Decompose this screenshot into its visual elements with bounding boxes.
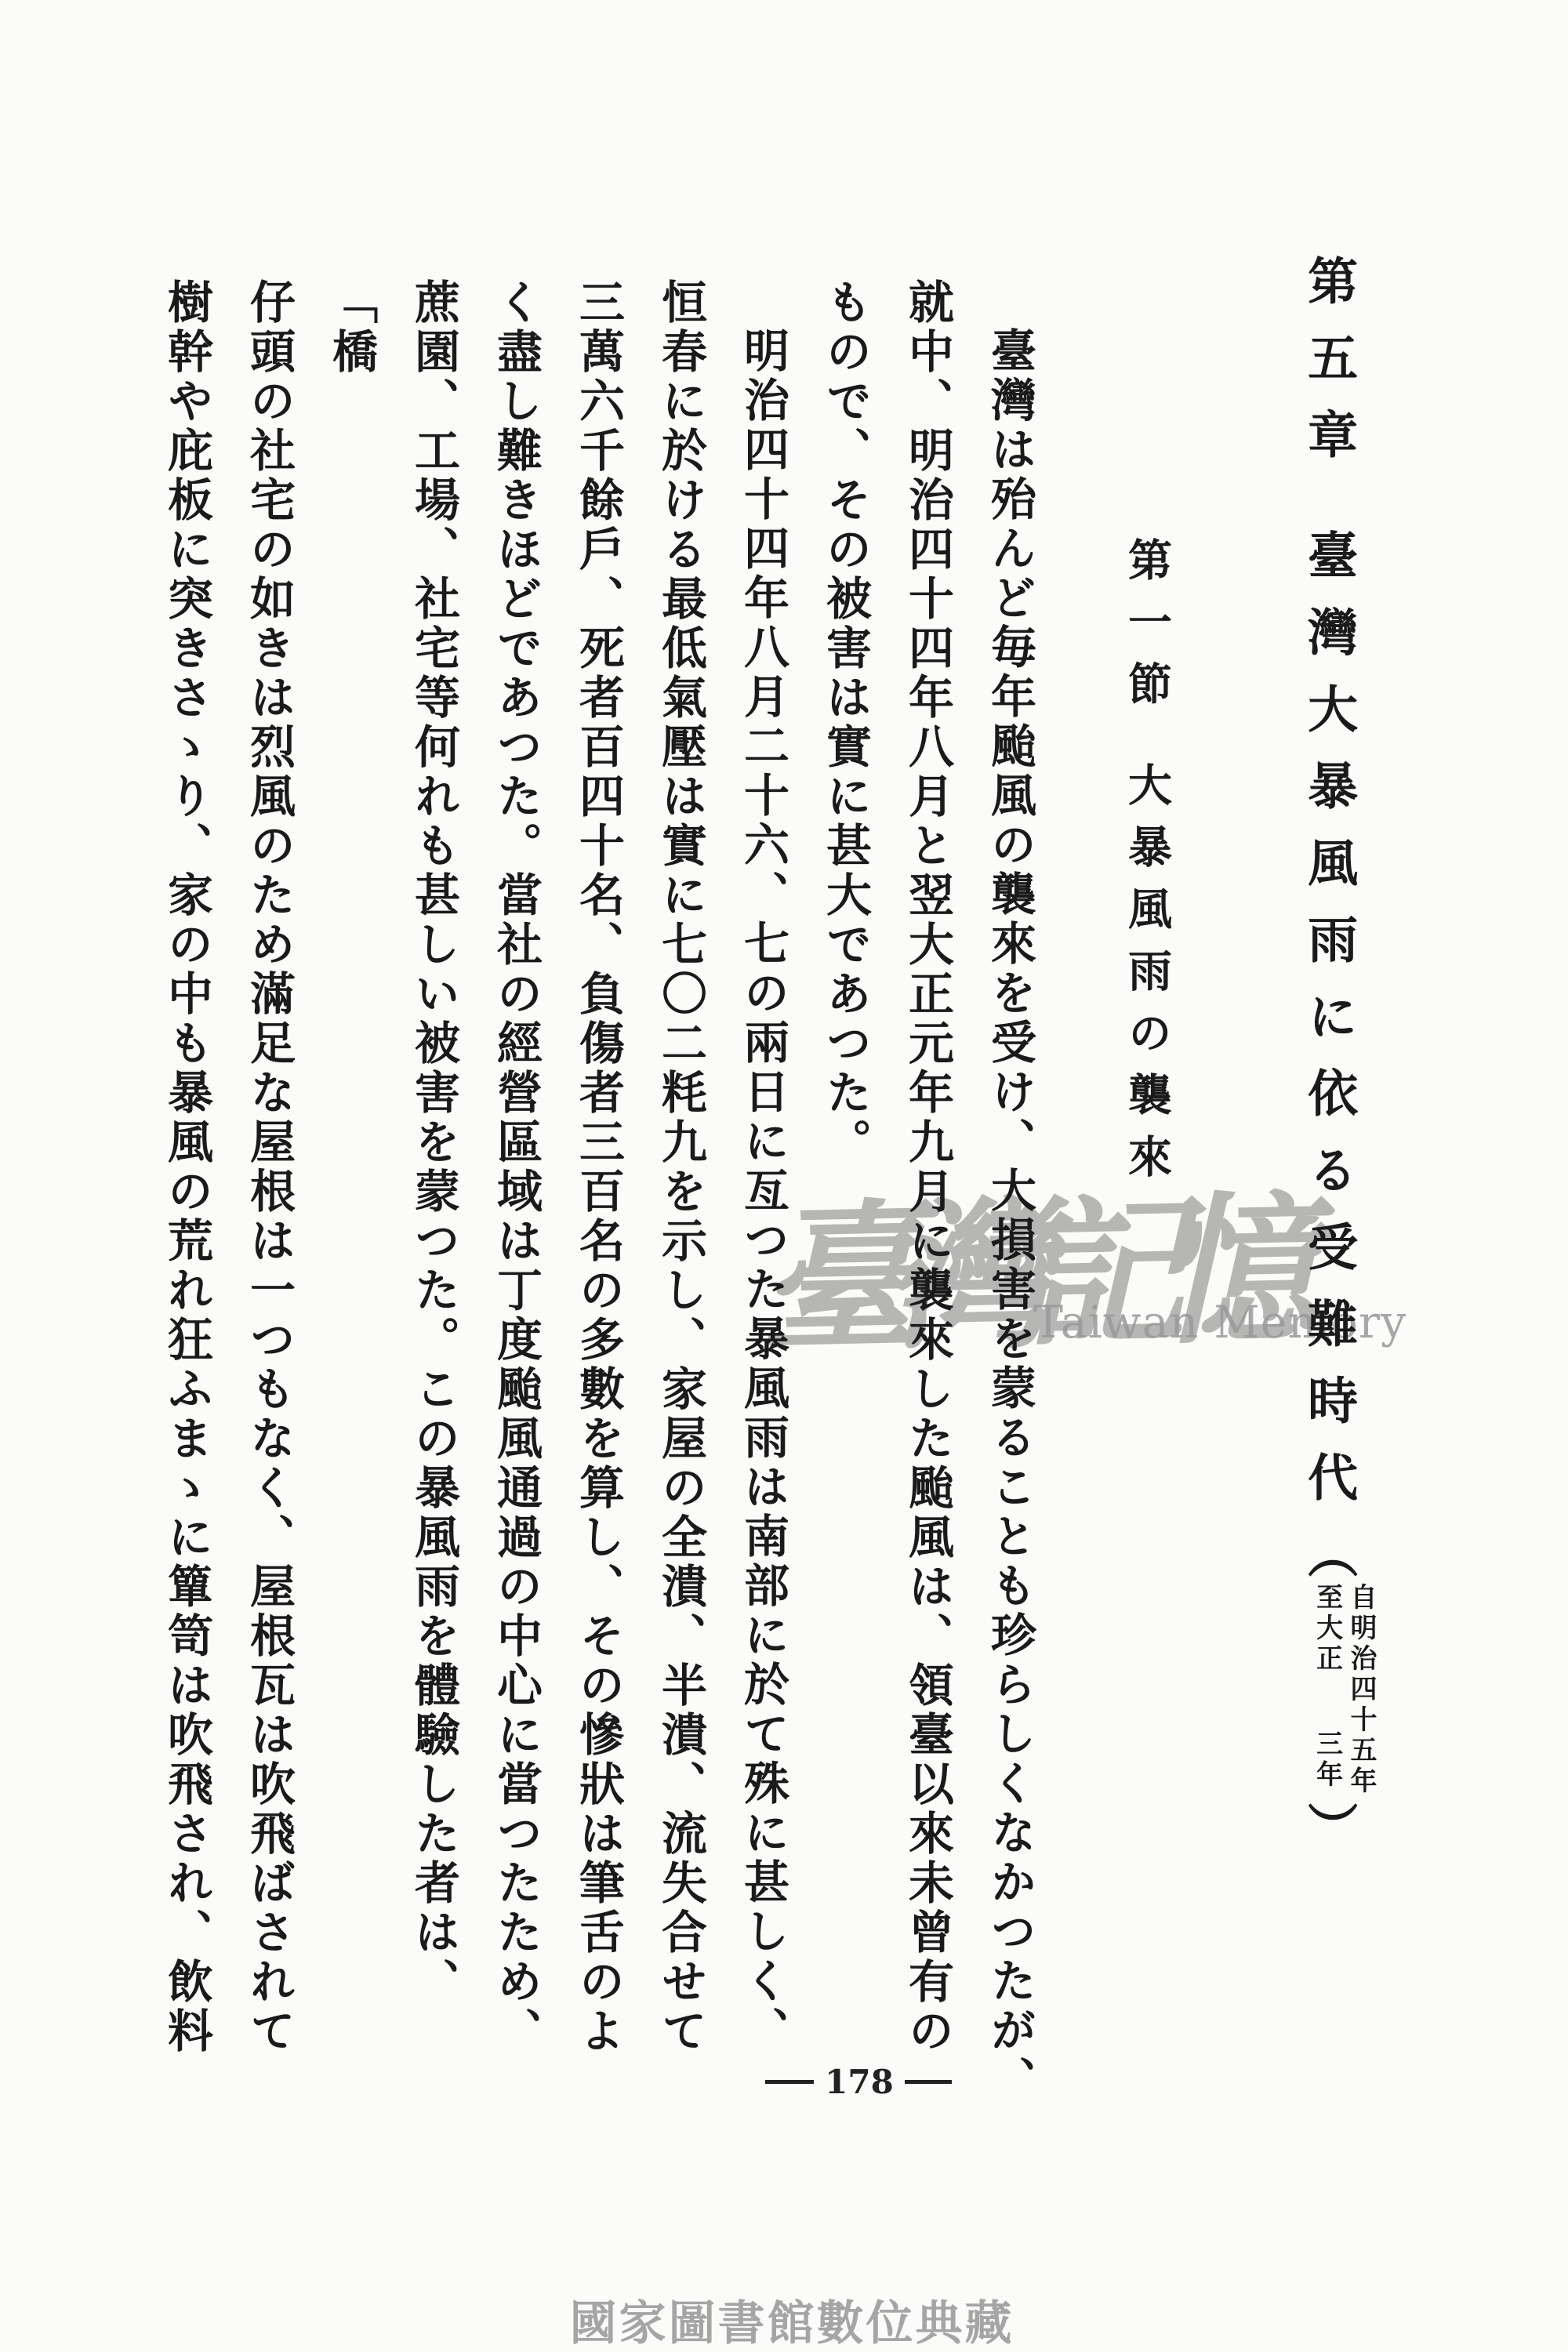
footer-banner: 國家圖書館數位典藏 — [0, 2288, 1568, 2352]
text-column: 就中、明治四十四年八月と翌大正元年九月に襲來した颱風は、領臺以來未曾有の — [886, 278, 968, 2078]
body-text: 臺灣は殆んど毎年颱風の襲來を受け、大損害を蒙ることも珍らしくなかつたが、就中、明… — [223, 278, 1051, 2078]
section-heading: 第一節大暴風雨の襲來 — [1122, 537, 1172, 1399]
footer-text: 國家圖書館數位典藏 — [570, 2286, 1014, 2352]
chapter-title: 臺灣大暴風雨に依る受難時代 — [1299, 529, 1358, 1528]
text-column: 明治四十四年八月二十六、七の兩日に亙つた暴風雨は南部に於て殊に甚しく、 — [721, 278, 804, 2126]
text-column: 仔頭の社宅の如きは烈風のため滿足な屋根は一つもなく、屋根瓦は吹飛ばされて — [227, 278, 310, 2078]
page-scan: { "chapter": { "label": "第五章", "title": … — [0, 0, 1568, 2352]
era-from: 自明治四十五年 — [1346, 1583, 1375, 1797]
text-column: 恒春に於ける最低氣壓は實に七〇二粍九を示し、家屋の全潰、半潰、流失合せて — [639, 278, 721, 2078]
text-column: 樹幹や庇板に突きさゝり、家の中も暴風の荒れ狂ふまゝに簞笥は吹飛され、飲料 — [145, 278, 227, 2078]
chapter-heading: 第五章臺灣大暴風雨に依る受難時代（自明治四十五年至大正三年） — [1300, 255, 1375, 2176]
text-column: 臺灣は殆んど毎年颱風の襲來を受け、大損害を蒙ることも珍らしくなかつたが、 — [968, 278, 1051, 2126]
page-number-dash-right — [905, 2080, 952, 2084]
era-to: 至大正三年 — [1312, 1583, 1341, 1797]
text-column: 蔗園、工場、社宅等何れも甚しい被害を蒙つた。この暴風雨を體驗した者は、「橋 — [310, 278, 474, 2078]
paren-open: （ — [1299, 1528, 1358, 1578]
section-title: 大暴風雨の襲來 — [1121, 762, 1173, 1196]
page-number-dash-left — [765, 2080, 814, 2084]
chapter-label: 第五章 — [1299, 255, 1358, 485]
text-column: く盡し難きほどであつた。當社の經營區域は丁度颱風通過の中心に當つたため、 — [474, 278, 557, 2078]
era-annotation: 自明治四十五年至大正三年 — [1307, 1583, 1375, 1797]
era-to-upper: 至大正 — [1312, 1583, 1343, 1675]
page-number-value: 178 — [825, 2063, 894, 2101]
paren-close: ） — [1299, 1802, 1358, 1852]
section-label: 第一節 — [1121, 537, 1173, 723]
page-number: 178 — [772, 2060, 945, 2103]
text-column: 三萬六千餘戶、死者百四十名、負傷者三百名の多數を算し、その慘狀は筆舌のよ — [557, 278, 639, 2078]
era-to-lower: 三年 — [1312, 1730, 1343, 1791]
text-column: もので、その被害は實に甚大であつた。 — [804, 278, 886, 2078]
